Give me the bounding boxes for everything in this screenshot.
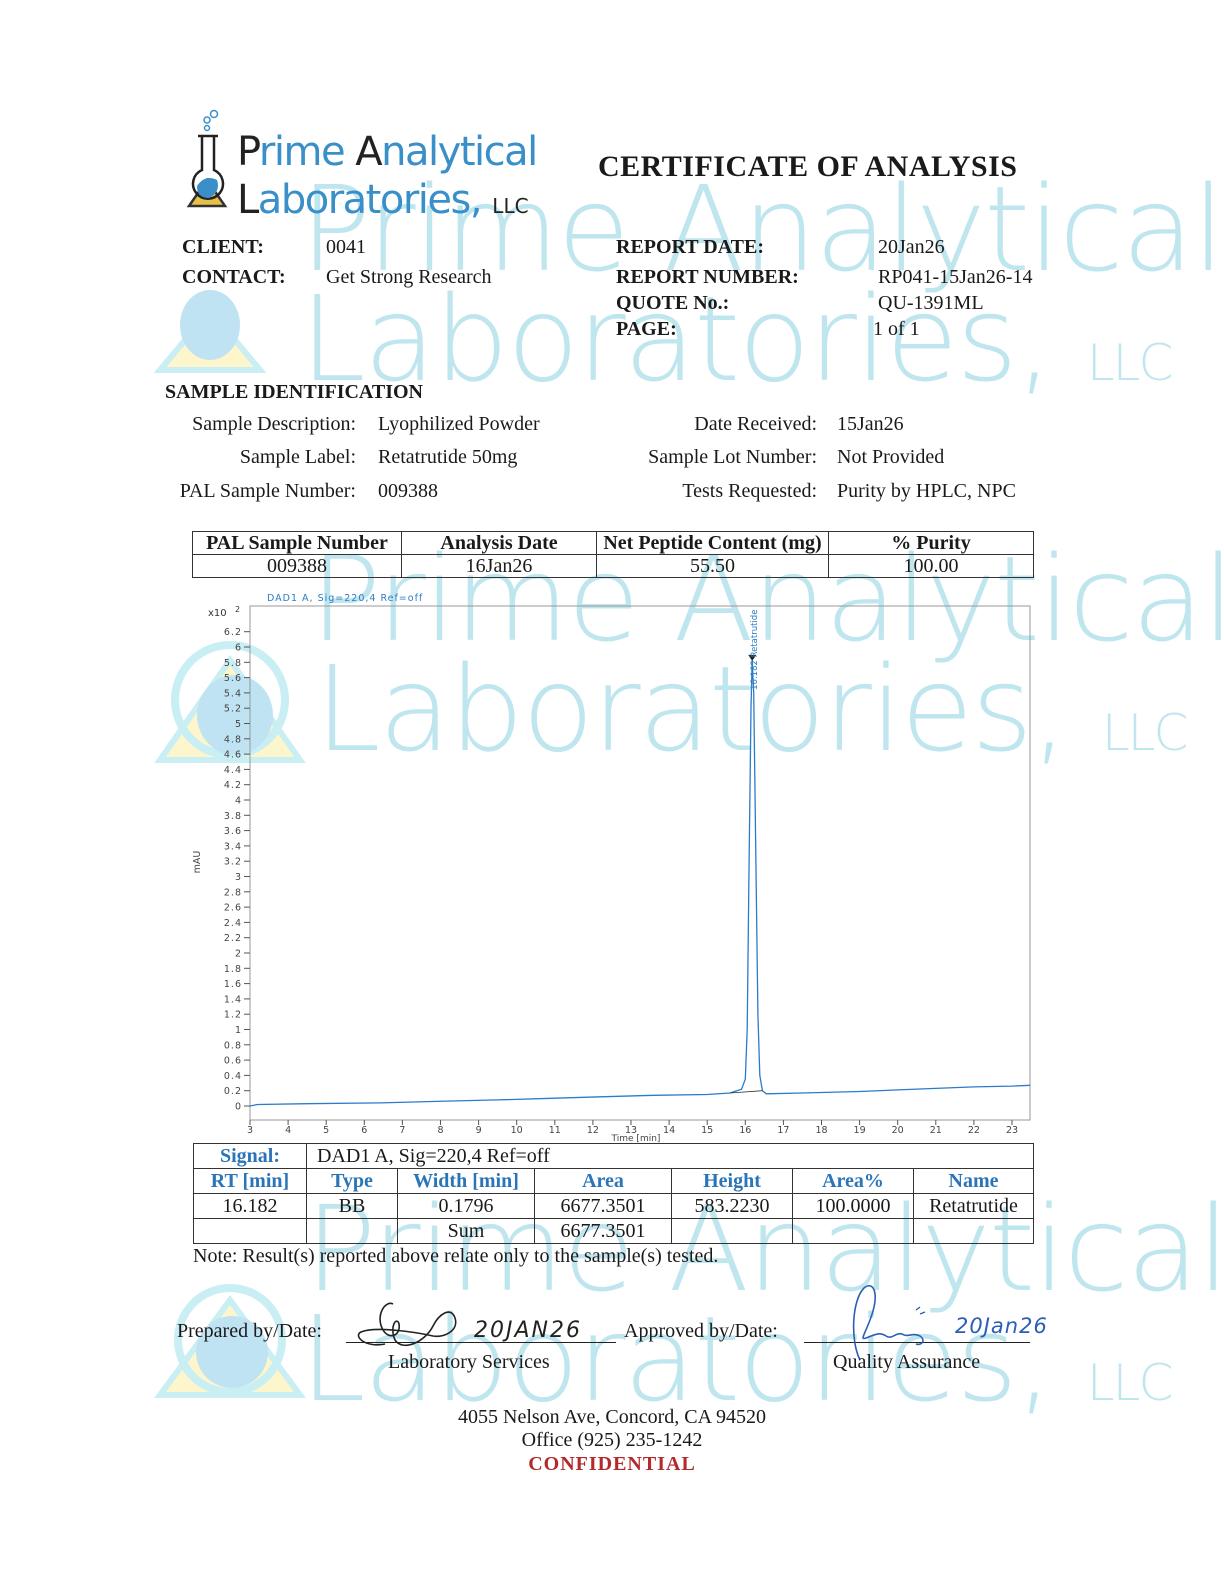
y-tick-label: 0.4: [224, 1071, 242, 1082]
results-cell: 583.2230: [672, 1194, 793, 1219]
results-cell: BB: [307, 1194, 398, 1219]
y-tick-label: 4.8: [224, 734, 242, 745]
y-tick-label: 0.2: [224, 1086, 242, 1097]
x-tick-label: 8: [437, 1125, 443, 1136]
x-tick-label: 14: [663, 1125, 675, 1136]
x-tick-label: 21: [930, 1125, 942, 1136]
y-tick-label: 5: [235, 719, 242, 730]
x-tick-label: 23: [1006, 1125, 1018, 1136]
y-tick-label: 4.4: [224, 765, 242, 776]
x-tick-label: 11: [549, 1125, 561, 1136]
y-tick-label: 4.6: [224, 750, 242, 761]
signal-row: Signal: DAD1 A, Sig=220,4 Ref=off: [194, 1144, 1034, 1169]
chromatogram-chart: DAD1 A, Sig=220,4 Ref=offx10200.20.40.60…: [0, 0, 1224, 1584]
x-tick-label: 6: [361, 1125, 367, 1136]
approved-by-label: Approved by/Date:: [624, 1320, 778, 1343]
y-axis-label: mAU: [192, 851, 203, 874]
y-tick-label: 5.6: [224, 673, 242, 684]
y-tick-label: 0.8: [224, 1040, 242, 1051]
approved-department: Quality Assurance: [833, 1351, 980, 1374]
results-header-cell: Type: [307, 1169, 398, 1194]
y-tick-label: 5.2: [224, 704, 242, 715]
results-cell: 0.1796: [398, 1194, 535, 1219]
x-tick-label: 3: [247, 1125, 253, 1136]
prepared-signature-icon: [355, 1296, 465, 1356]
footer-confidential: CONFIDENTIAL: [0, 1453, 1224, 1476]
chart-title: DAD1 A, Sig=220,4 Ref=off: [267, 593, 423, 604]
x-tick-label: 10: [511, 1125, 523, 1136]
plot-frame: [250, 606, 1030, 1120]
x-tick-label: 15: [701, 1125, 713, 1136]
x-tick-label: 22: [968, 1125, 980, 1136]
results-header-cell: Name: [914, 1169, 1034, 1194]
results-cell: [914, 1219, 1034, 1244]
results-header-cell: Height: [672, 1169, 793, 1194]
results-cell: [194, 1219, 307, 1244]
prepared-date-handwritten: 20JAN26: [474, 1318, 582, 1343]
x-tick-label: 17: [777, 1125, 789, 1136]
results-header-row: RT [min] Type Width [min] Area Height Ar…: [194, 1169, 1034, 1194]
svg-text:2: 2: [235, 605, 240, 614]
results-header-cell: Area: [535, 1169, 672, 1194]
y-tick-label: 6.2: [224, 627, 242, 638]
results-header-cell: Width [min]: [398, 1169, 535, 1194]
approved-date-handwritten: 20Jan26: [955, 1314, 1048, 1338]
x-tick-label: 16: [739, 1125, 751, 1136]
results-table: Signal: DAD1 A, Sig=220,4 Ref=off RT [mi…: [193, 1143, 1034, 1244]
y-multiplier: x10: [208, 608, 227, 619]
y-tick-label: 1: [235, 1025, 242, 1036]
y-tick-label: 3: [235, 872, 242, 883]
results-cell: 16.182: [194, 1194, 307, 1219]
footer-phone: Office (925) 235-1242: [0, 1429, 1224, 1452]
y-tick-label: 3.8: [224, 811, 242, 822]
y-tick-label: 4: [235, 796, 242, 807]
y-tick-label: 2.4: [224, 918, 242, 929]
signal-value: DAD1 A, Sig=220,4 Ref=off: [307, 1144, 1034, 1169]
results-cell: Sum: [398, 1219, 535, 1244]
x-tick-label: 9: [476, 1125, 482, 1136]
y-tick-label: 3.4: [224, 841, 242, 852]
results-cell: Retatrutide: [914, 1194, 1034, 1219]
results-cell: [307, 1219, 398, 1244]
signal-label: Signal:: [194, 1144, 307, 1169]
results-cell: 6677.3501: [535, 1194, 672, 1219]
y-tick-label: 4.2: [224, 780, 242, 791]
footer-address: 4055 Nelson Ave, Concord, CA 94520: [0, 1406, 1224, 1429]
results-cell: [672, 1219, 793, 1244]
results-cell: [793, 1219, 914, 1244]
prepared-by-label: Prepared by/Date:: [177, 1320, 322, 1343]
results-header-cell: RT [min]: [194, 1169, 307, 1194]
peak-label: 16.182 Retatrutide: [750, 610, 760, 690]
y-tick-label: 2.2: [224, 933, 242, 944]
y-tick-label: 3.6: [224, 826, 242, 837]
y-tick-label: 6: [235, 643, 242, 654]
x-tick-label: 20: [892, 1125, 904, 1136]
results-cell: 6677.3501: [535, 1219, 672, 1244]
x-tick-label: 5: [323, 1125, 329, 1136]
results-row: 16.182 BB 0.1796 6677.3501 583.2230 100.…: [194, 1194, 1034, 1219]
y-tick-label: 1.6: [224, 979, 242, 990]
y-tick-label: 0.6: [224, 1056, 242, 1067]
chromatogram-trace: [250, 660, 1030, 1106]
x-tick-label: 18: [815, 1125, 827, 1136]
y-tick-label: 3.2: [224, 857, 242, 868]
y-tick-label: 2.6: [224, 903, 242, 914]
y-tick-label: 2: [235, 949, 242, 960]
y-tick-label: 0: [235, 1102, 242, 1113]
x-tick-label: 12: [587, 1125, 599, 1136]
y-tick-label: 5.4: [224, 688, 242, 699]
results-sum-row: Sum 6677.3501: [194, 1219, 1034, 1244]
prepared-department: Laboratory Services: [388, 1351, 550, 1374]
results-cell: 100.0000: [793, 1194, 914, 1219]
y-tick-label: 2.8: [224, 887, 242, 898]
y-tick-label: 1.2: [224, 1010, 242, 1021]
results-header-cell: Area%: [793, 1169, 914, 1194]
results-note: Note: Result(s) reported above relate on…: [193, 1245, 718, 1268]
y-tick-label: 1.8: [224, 964, 242, 975]
y-tick-label: 1.4: [224, 994, 242, 1005]
x-tick-label: 7: [399, 1125, 405, 1136]
x-tick-label: 4: [285, 1125, 291, 1136]
x-tick-label: 19: [854, 1125, 866, 1136]
y-tick-label: 5.8: [224, 658, 242, 669]
